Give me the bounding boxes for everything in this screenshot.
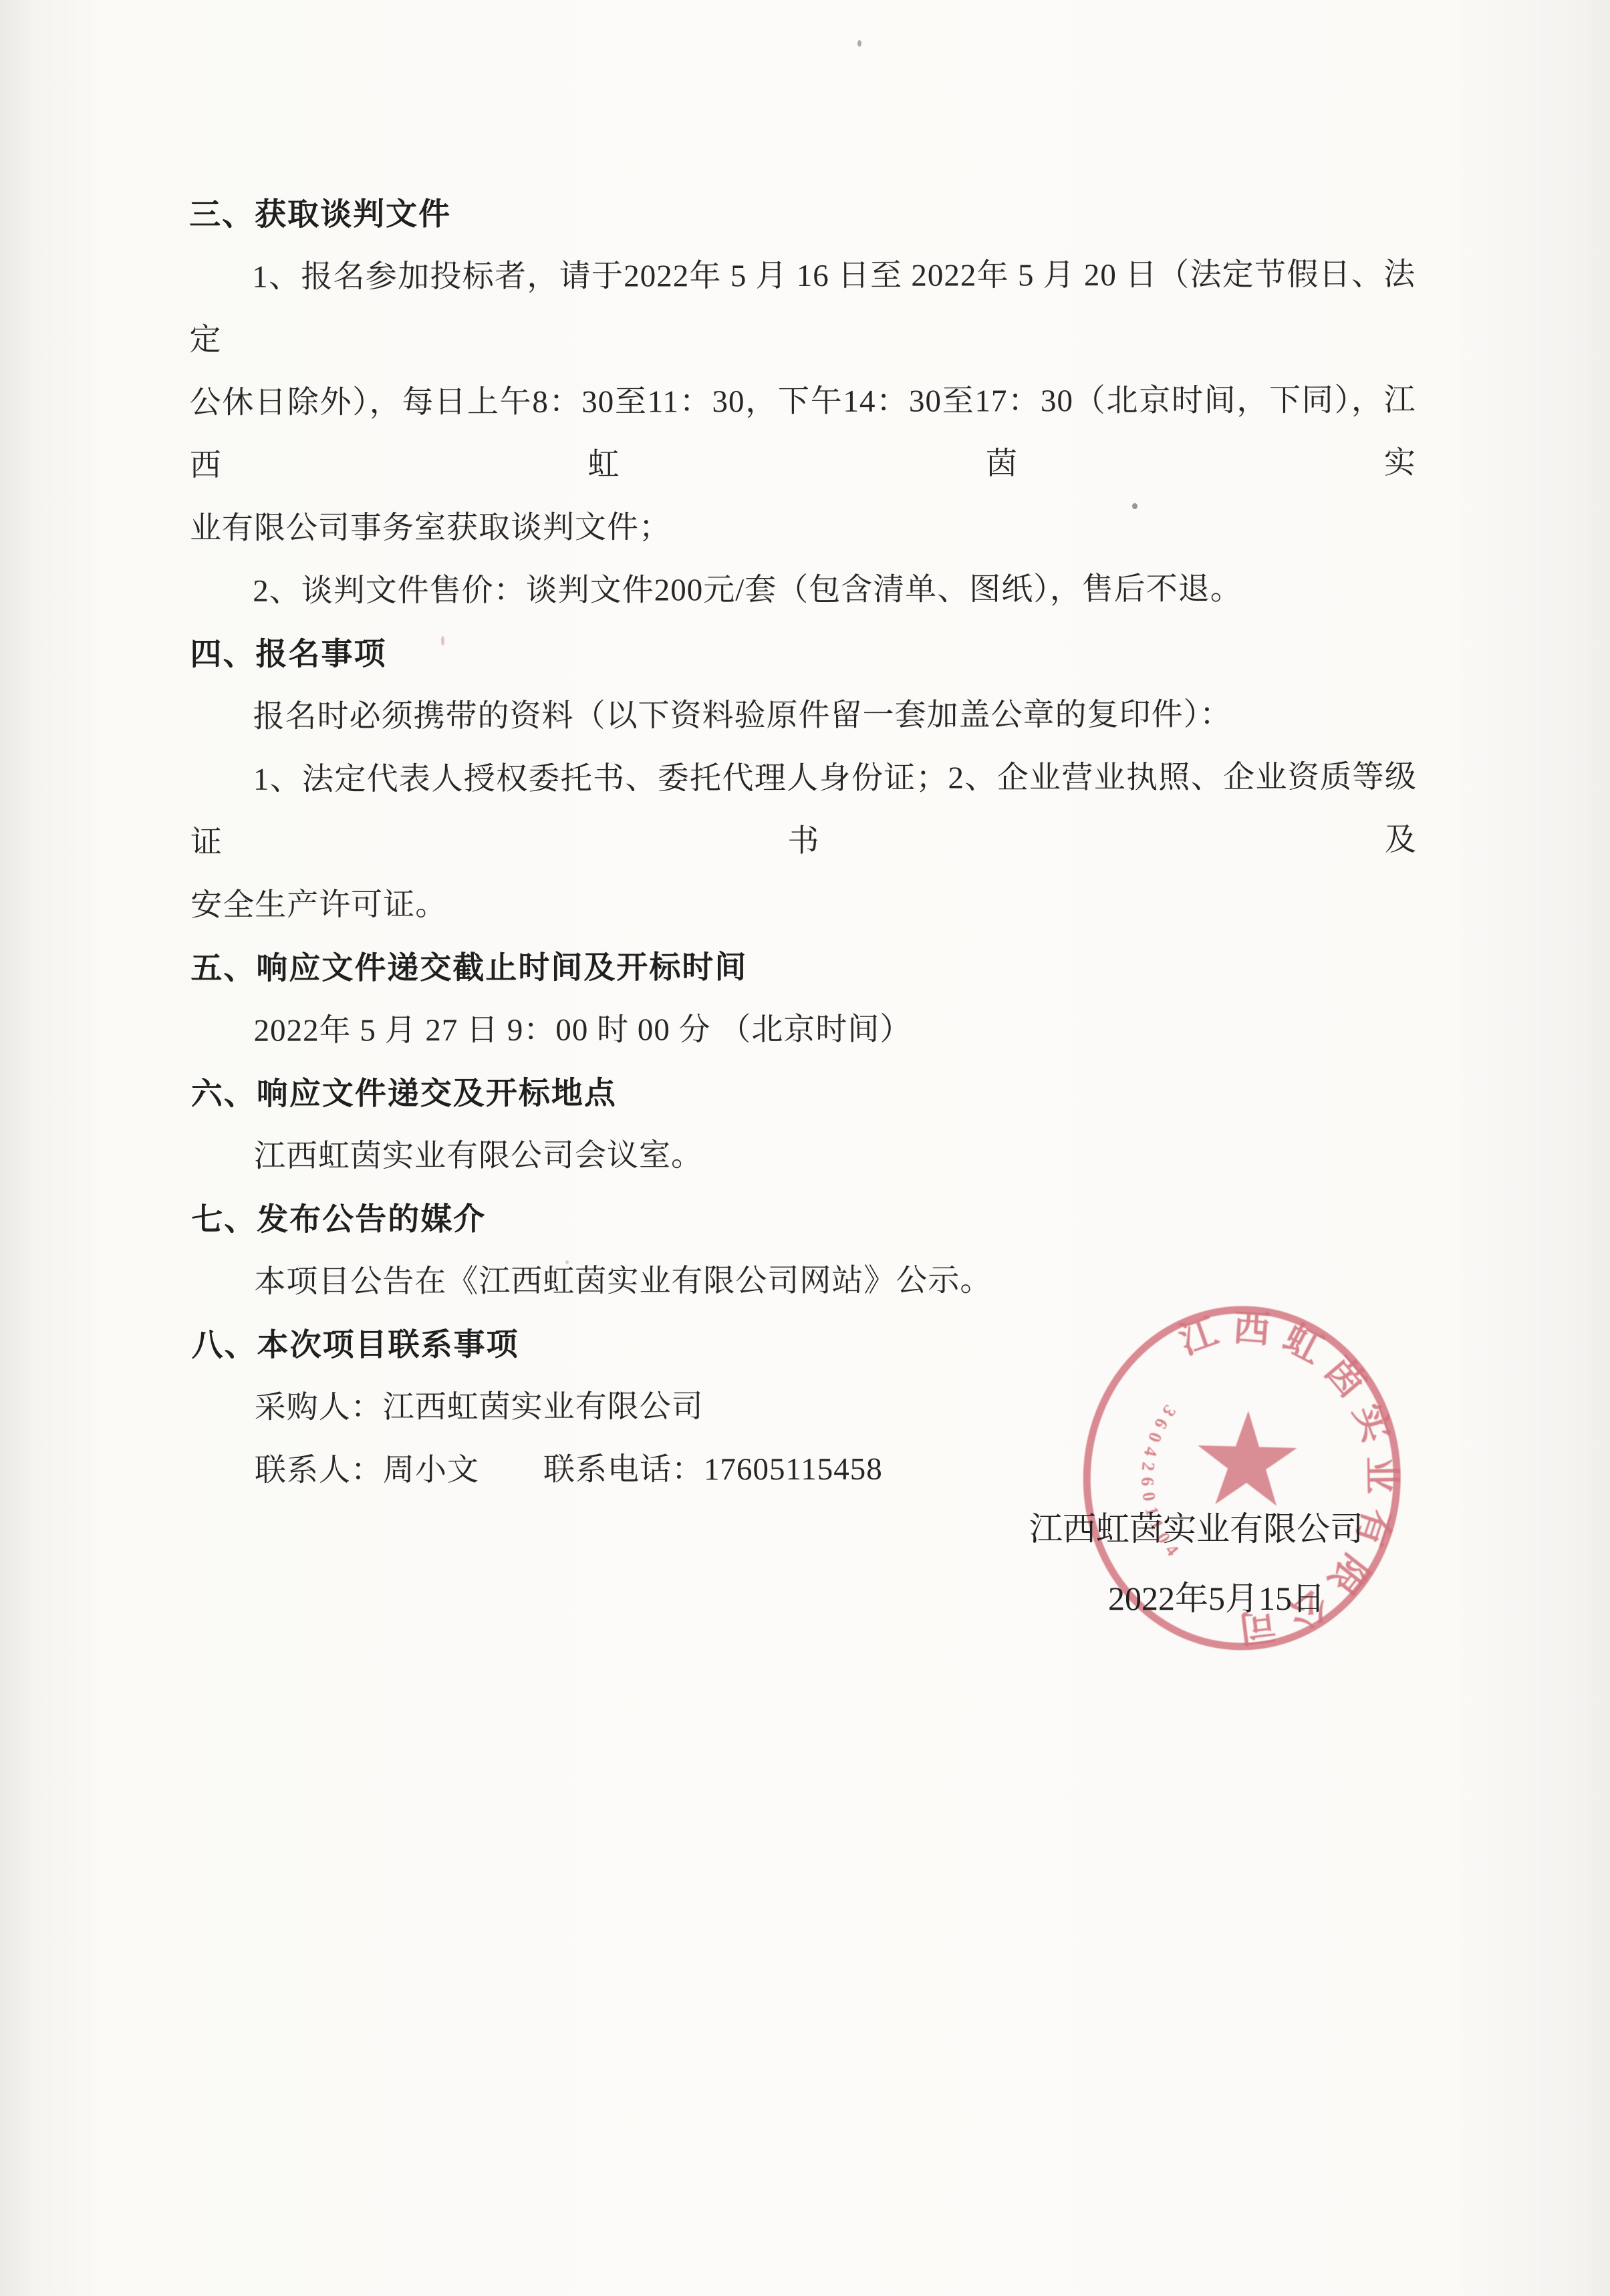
scan-speck [441, 636, 444, 645]
body-line: 安全生产许可证。 [190, 871, 1417, 937]
body-line: 1、法定代表人授权委托书、委托代理人身份证；2、企业营业执照、企业资质等级证书及 [190, 746, 1417, 874]
body-line: 2、谈判文件售价：谈判文件200元/套（包含清单、图纸），售后不退。 [190, 557, 1416, 623]
heading-section-4: 四、报名事项 [190, 620, 1416, 686]
body-line: 公休日除外），每日上午8：30至11：30，下午14：30至17：30（北京时间… [190, 369, 1416, 497]
opening-location: 江西虹茵实业有限公司会议室。 [191, 1123, 1418, 1188]
heading-section-5: 五、响应文件递交截止时间及开标时间 [190, 934, 1417, 1000]
scanned-document-page: 三、获取谈判文件 1、报名参加投标者，请于2022年 5 月 16 日至 202… [0, 0, 1610, 2296]
heading-section-6: 六、响应文件递交及开标地点 [191, 1060, 1418, 1125]
signature-date: 2022年5月15日 [1108, 1572, 1325, 1620]
heading-section-7: 七、发布公告的媒介 [191, 1185, 1418, 1251]
scan-speck [565, 1260, 569, 1264]
body-line: 报名时必须携带的资料（以下资料验原件留一套加盖公章的复印件）： [190, 683, 1417, 748]
signature-company-name: 江西虹茵实业有限公司 [1029, 1502, 1363, 1550]
scan-speck [1132, 503, 1137, 509]
star-icon [1196, 1409, 1298, 1506]
deadline-datetime: 2022年 5 月 27 日 9：00 时 00 分 （北京时间） [190, 997, 1417, 1062]
heading-section-3: 三、获取谈判文件 [189, 180, 1416, 246]
body-line: 业有限公司事务室获取谈判文件； [190, 494, 1416, 560]
body-line: 1、报名参加投标者，请于2022年 5 月 16 日至 2022年 5 月 20… [189, 243, 1416, 372]
scan-speck [857, 40, 861, 47]
